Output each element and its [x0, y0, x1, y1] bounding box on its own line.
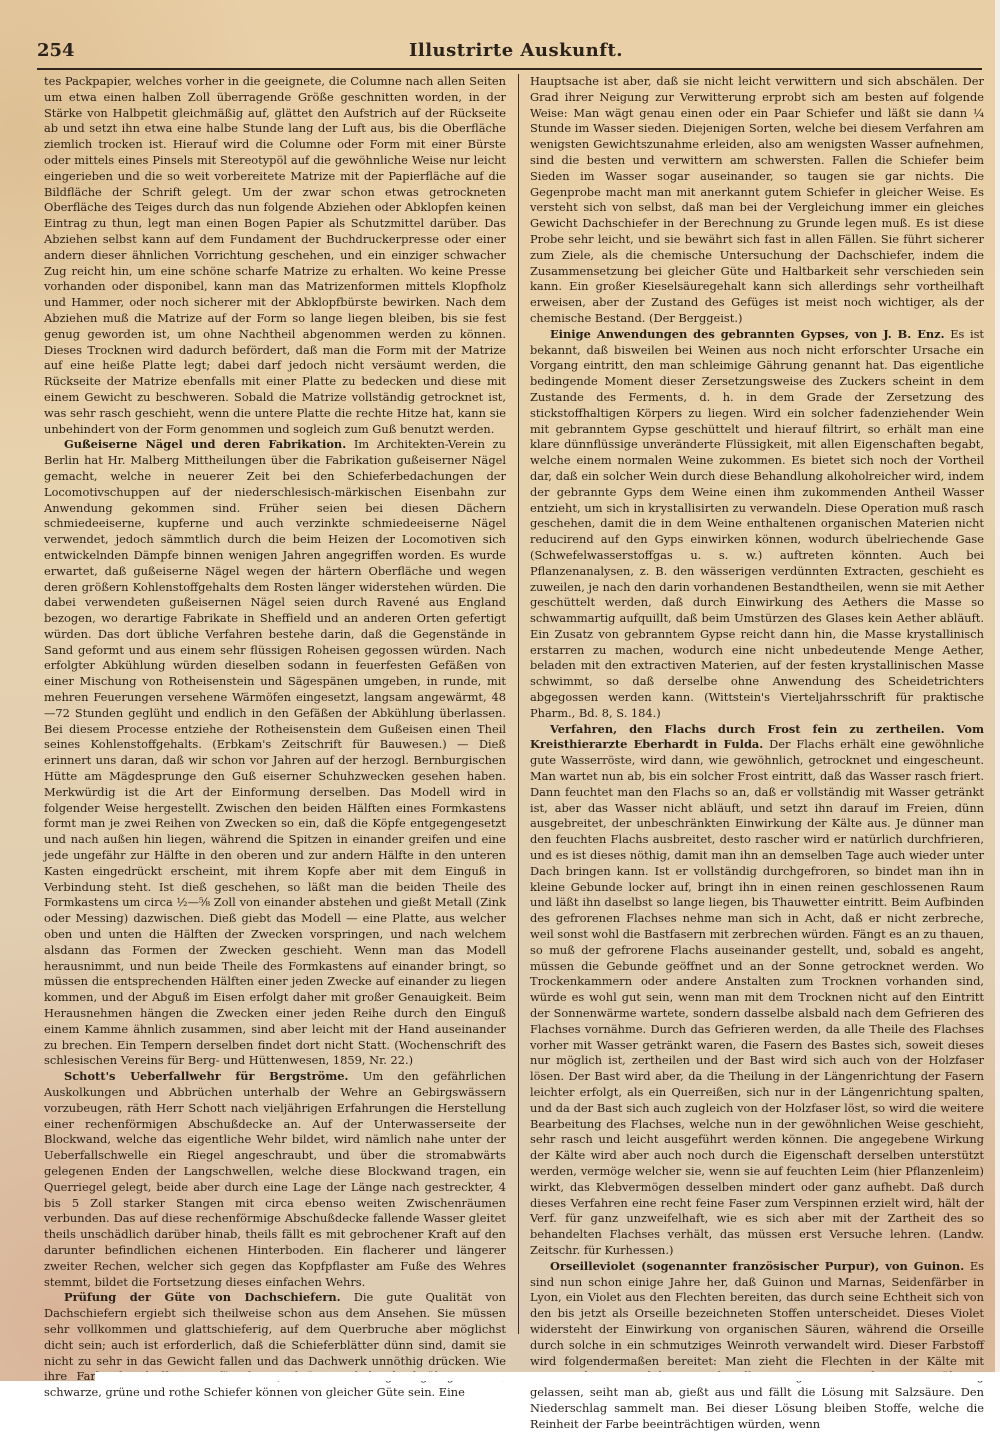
article-paragraph: Verfahren, den Flachs durch Frost fein z… — [530, 722, 984, 1259]
paragraph-text: Es ist bekannt, daß bisweilen bei Weinen… — [530, 327, 984, 720]
right-column: Hauptsache ist aber, daß sie nicht leich… — [530, 74, 984, 1381]
article-paragraph: Prüfung der Güte von Dachschiefern. Die … — [44, 1290, 506, 1381]
article-paragraph: tes Packpapier, welches vorher in die ge… — [44, 74, 506, 437]
article-heading: Gußeiserne Nägel und deren Fabrikation. — [64, 437, 346, 451]
page-edge-right — [995, 0, 1000, 1381]
left-column: tes Packpapier, welches vorher in die ge… — [44, 74, 506, 1381]
article-heading: Schott's Ueberfallwehr für Bergströme. — [64, 1069, 349, 1083]
article-paragraph: Einige Anwendungen des gebrannten Gypses… — [530, 327, 984, 722]
article-heading: Einige Anwendungen des gebrannten Gypses… — [550, 327, 945, 341]
paragraph-text: Der Flachs erhält eine gewöhnliche gute … — [530, 737, 984, 1257]
paragraph-text: Es sind nun schon einige Jahre her, daß … — [530, 1259, 984, 1381]
article-paragraph: Orseilleviolet (sogenannter französische… — [530, 1259, 984, 1381]
paragraph-text: Im Architekten-Verein zu Berlin hat Hr. … — [44, 437, 506, 1067]
article-heading: Prüfung der Güte von Dachschiefern. — [64, 1290, 341, 1304]
page-edge-bottom — [95, 1372, 1000, 1381]
scanned-page: 254 Illustrirte Auskunft. tes Packpapier… — [0, 0, 1000, 1381]
paragraph-text: tes Packpapier, welches vorher in die ge… — [44, 74, 506, 436]
article-paragraph: Hauptsache ist aber, daß sie nicht leich… — [530, 74, 984, 327]
article-paragraph: Schott's Ueberfallwehr für Bergströme. U… — [44, 1069, 506, 1290]
paragraph-text: Hauptsache ist aber, daß sie nicht leich… — [530, 74, 984, 325]
running-title: Illustrirte Auskunft. — [37, 40, 995, 61]
article-paragraph: Gußeiserne Nägel und deren Fabrikation. … — [44, 437, 506, 1069]
article-heading: Orseilleviolet (sogenannter französische… — [550, 1259, 964, 1273]
paragraph-text: Um den gefährlichen Auskolkungen und Abb… — [44, 1069, 506, 1288]
column-divider — [518, 74, 519, 1334]
header-rule — [37, 68, 982, 70]
page-header: 254 Illustrirte Auskunft. — [37, 40, 995, 66]
